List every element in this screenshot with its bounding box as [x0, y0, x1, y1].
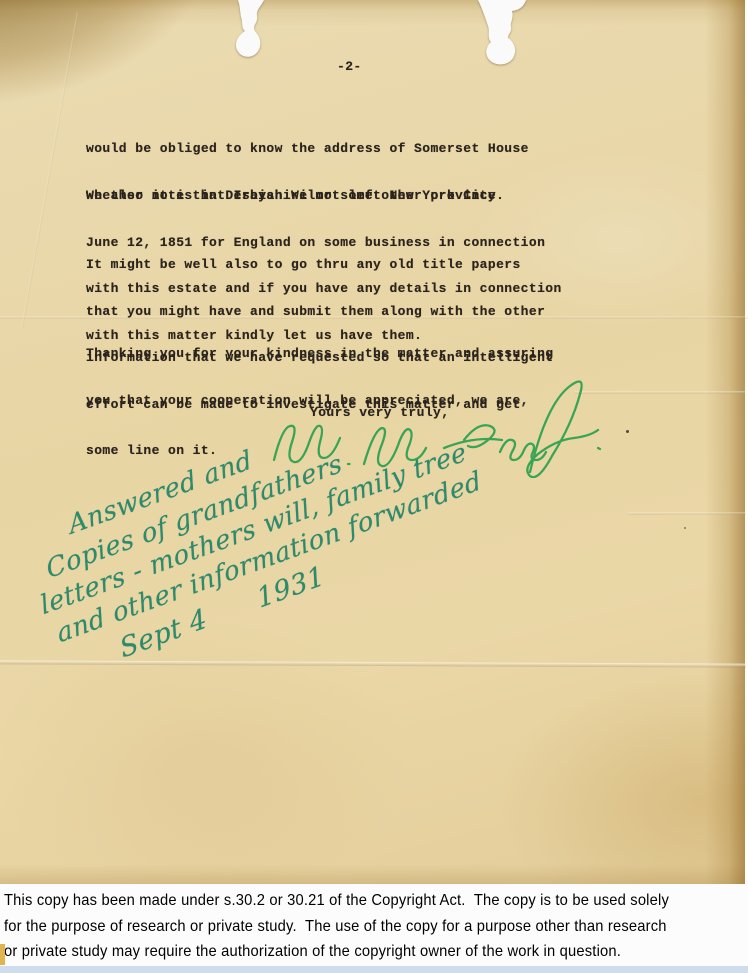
- typed-line: We also note that Isaiah Wilmot left New…: [86, 188, 562, 204]
- fold-crease: [628, 512, 746, 515]
- paper-edge-sliver: [0, 944, 5, 965]
- copyright-notice-strip: This copy has been made under s.30.2 or …: [0, 884, 748, 966]
- typed-line: would be obliged to know the address of …: [86, 141, 529, 157]
- torn-punch-hole-left: [224, 0, 276, 64]
- copyright-notice-line: for the purpose of research or private s…: [4, 917, 667, 937]
- copyright-notice-line: or private study may require the authori…: [4, 942, 621, 962]
- copyright-notice-line: This copy has been made under s.30.2 or …: [4, 891, 669, 911]
- fold-crease-diagonal: [21, 12, 79, 327]
- torn-punch-hole-right: [470, 0, 530, 70]
- letter-paper: -2- would be obliged to know the address…: [0, 0, 745, 884]
- ink-speck: [684, 527, 686, 529]
- typed-line: It might be well also to go thru any old…: [86, 257, 553, 273]
- scan-bottom-strip: [0, 966, 748, 973]
- page-number: -2-: [337, 59, 362, 75]
